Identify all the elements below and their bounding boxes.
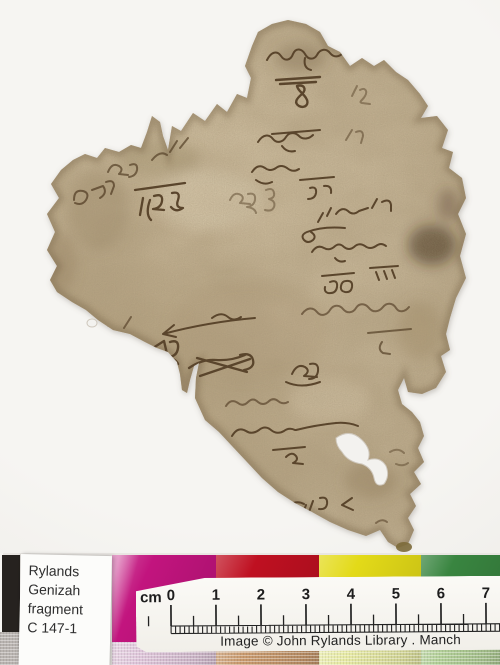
label-line-2: Genizah [28, 580, 111, 601]
photo-area [0, 0, 500, 553]
label-line-1: Rylands [28, 561, 111, 582]
image-credit: Image © John Rylands Library . Manch [220, 632, 461, 649]
manuscript-fragment-svg [0, 0, 500, 553]
color-patch-black [2, 555, 20, 632]
label-line-4: C 147-1 [27, 618, 110, 639]
scale-ruler: cm 01234567 Image © John Rylands Library… [136, 576, 500, 653]
label-line-3: fragment [28, 599, 111, 620]
color-patch-grey-check [0, 632, 20, 665]
debris-fleck [396, 542, 412, 552]
label-card: Rylands Genizah fragment C 147-1 [18, 554, 111, 665]
